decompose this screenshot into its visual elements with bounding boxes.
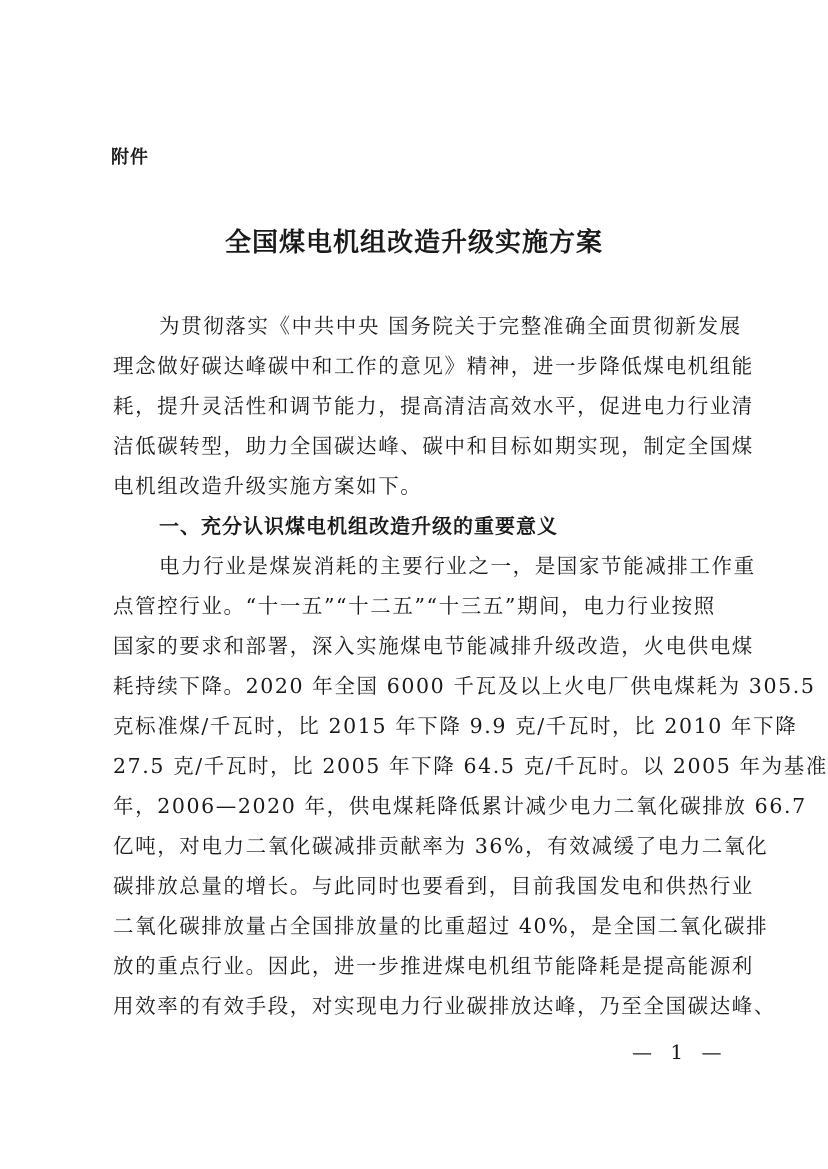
paragraph-line: 电机组改造升级实施方案如下。 <box>113 466 715 506</box>
document-title: 全国煤电机组改造升级实施方案 <box>0 222 828 259</box>
paragraph-line: 耗，提升灵活性和调节能力，提高清洁高效水平，促进电力行业清 <box>113 386 715 426</box>
paragraph-line: 二氧化碳排放量占全国排放量的比重超过 40%，是全国二氧化碳排 <box>113 906 715 946</box>
paragraph-line: 年，2006—2020 年，供电煤耗降低累计减少电力二氧化碳排放 66.7 <box>113 786 715 826</box>
paragraph-line: 克标准煤/千瓦时，比 2015 年下降 9.9 克/千瓦时，比 2010 年下降 <box>113 706 715 746</box>
paragraph-line: 用效率的有效手段，对实现电力行业碳排放达峰，乃至全国碳达峰、 <box>113 986 715 1026</box>
paragraph-line: 国家的要求和部署，深入实施煤电节能减排升级改造，火电供电煤 <box>113 626 715 666</box>
paragraph-line: 洁低碳转型，助力全国碳达峰、碳中和目标如期实现，制定全国煤 <box>113 426 715 466</box>
paragraph-line: 放的重点行业。因此，进一步推进煤电机组节能降耗是提高能源利 <box>113 946 715 986</box>
paragraph-line: 27.5 克/千瓦时，比 2005 年下降 64.5 克/千瓦时。以 2005 … <box>113 746 715 786</box>
intro-paragraph: 为贯彻落实《中共中央 国务院关于完整准确全面贯彻新发展 理念做好碳达峰碳中和工作… <box>113 306 715 1026</box>
page-number: — 1 — <box>632 1040 727 1064</box>
paragraph-line: 理念做好碳达峰碳中和工作的意见》精神，进一步降低煤电机组能 <box>113 346 715 386</box>
paragraph-line: 电力行业是煤炭消耗的主要行业之一，是国家节能减排工作重 <box>113 546 715 586</box>
document-page: 附件 全国煤电机组改造升级实施方案 为贯彻落实《中共中央 国务院关于完整准确全面… <box>0 0 828 1169</box>
paragraph-line: 点管控行业。“十一五”“十二五”“十三五”期间，电力行业按照 <box>113 586 715 626</box>
paragraph-line: 碳排放总量的增长。与此同时也要看到，目前我国发电和供热行业 <box>113 866 715 906</box>
paragraph-line: 耗持续下降。2020 年全国 6000 千瓦及以上火电厂供电煤耗为 305.5 <box>113 666 715 706</box>
paragraph-line: 亿吨，对电力二氧化碳减排贡献率为 36%，有效减缓了电力二氧化 <box>113 826 715 866</box>
section-heading: 一、充分认识煤电机组改造升级的重要意义 <box>113 506 715 546</box>
attachment-label: 附件 <box>111 143 149 169</box>
paragraph-line: 为贯彻落实《中共中央 国务院关于完整准确全面贯彻新发展 <box>113 306 715 346</box>
